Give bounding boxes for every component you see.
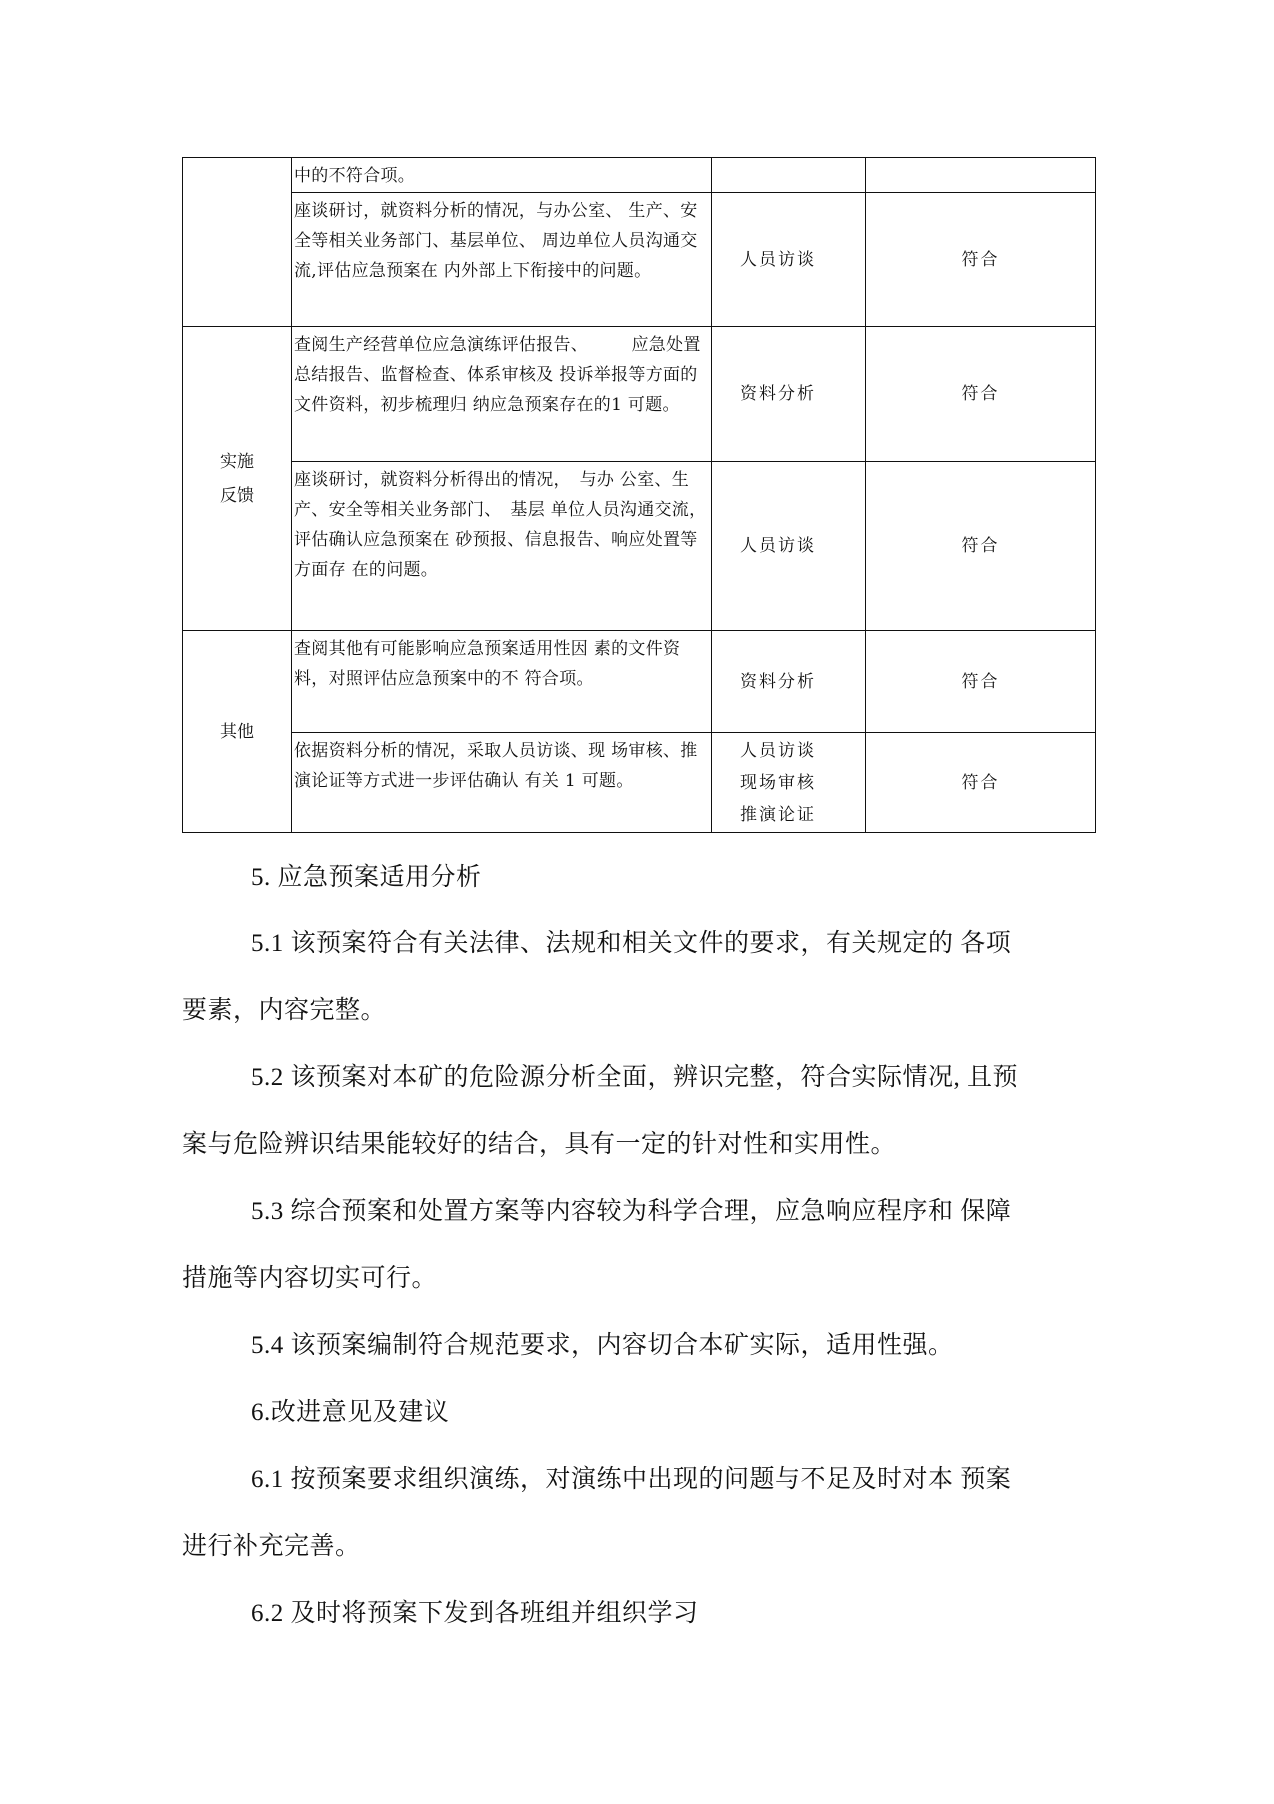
content-cell: 查阅生产经营单位应急演练评估报告、 应急处置总结报告、监督检查、体系审核及 投诉… [292,327,712,462]
result-cell: 符合 [866,193,1096,327]
category-cell-continued [183,158,292,327]
content-cell: 座谈研讨，就资料分析的情况，与办公室、 生产、安全等相关业务部门、基层单位、 周… [292,193,712,327]
paragraph-5-3-cont: 措施等内容切实可行。 [182,1258,437,1294]
method-label: 人员访谈 [740,735,865,767]
method-cell: 资料分析 [712,327,866,462]
content-cell: 中的不符合项。 [292,158,712,193]
method-cell: 人员访谈 [712,462,866,631]
paragraph-5-2: 5.2 该预案对本矿的危险源分析全面，辨识完整，符合实际情况, 且预 [251,1057,1018,1093]
table-row: 其他 查阅其他有可能影响应急预案适用性因 素的文件资料，对照评估应急预案中的不 … [183,631,1096,733]
method-cell: 资料分析 [712,631,866,733]
section-heading-6: 6.改进意见及建议 [251,1392,449,1428]
result-cell [866,158,1096,193]
paragraph-5-1-cont: 要素，内容完整。 [182,990,386,1026]
method-label: 人员访谈 [740,530,865,562]
category-cell-implementation-feedback: 实施 反馈 [183,327,292,631]
method-cell: 人员访谈 [712,193,866,327]
content-cell: 依据资料分析的情况，采取人员访谈、现 场审核、推演论证等方式进一步评估确认 有关… [292,733,712,833]
table-row: 中的不符合项。 [183,158,1096,193]
method-label: 推演论证 [740,799,865,831]
paragraph-5-3: 5.3 综合预案和处置方案等内容较为科学合理，应急响应程序和 保障 [251,1191,1011,1227]
paragraph-6-1-cont: 进行补充完善。 [182,1526,361,1562]
paragraph-6-2: 6.2 及时将预案下发到各班组并组织学习 [251,1593,699,1629]
evaluation-table: 中的不符合项。 座谈研讨，就资料分析的情况，与办公室、 生产、安全等相关业务部门… [182,157,1096,833]
method-label: 人员访谈 [740,244,865,276]
category-label-line1: 实施 [183,445,291,479]
table-row: 座谈研讨，就资料分析的情况，与办公室、 生产、安全等相关业务部门、基层单位、 周… [183,193,1096,327]
content-cell: 座谈研讨，就资料分析得出的情况， 与办 公室、生产、安全等相关业务部门、 基层 … [292,462,712,631]
category-cell-other: 其他 [183,631,292,833]
result-cell: 符合 [866,327,1096,462]
result-cell: 符合 [866,462,1096,631]
result-cell: 符合 [866,733,1096,833]
method-label: 资料分析 [740,666,865,698]
table-row: 实施 反馈 查阅生产经营单位应急演练评估报告、 应急处置总结报告、监督检查、体系… [183,327,1096,462]
paragraph-6-1: 6.1 按预案要求组织演练，对演练中出现的问题与不足及时对本 预案 [251,1459,1011,1495]
table-row: 依据资料分析的情况，采取人员访谈、现 场审核、推演论证等方式进一步评估确认 有关… [183,733,1096,833]
paragraph-5-1: 5.1 该预案符合有关法律、法规和相关文件的要求，有关规定的 各项 [251,923,1011,959]
method-cell [712,158,866,193]
table-row: 座谈研讨，就资料分析得出的情况， 与办 公室、生产、安全等相关业务部门、 基层 … [183,462,1096,631]
method-label: 资料分析 [740,378,865,410]
category-label-line2: 反馈 [183,479,291,513]
document-page: 中的不符合项。 座谈研讨，就资料分析的情况，与办公室、 生产、安全等相关业务部门… [0,0,1274,1804]
content-cell: 查阅其他有可能影响应急预案适用性因 素的文件资料，对照评估应急预案中的不 符合项… [292,631,712,733]
paragraph-5-4: 5.4 该预案编制符合规范要求，内容切合本矿实际，适用性强。 [251,1325,954,1361]
result-cell: 符合 [866,631,1096,733]
method-cell: 人员访谈 现场审核 推演论证 [712,733,866,833]
category-label: 其他 [183,715,291,749]
method-label: 现场审核 [740,767,865,799]
paragraph-5-2-cont: 案与危险辨识结果能较好的结合，具有一定的针对性和实用性。 [182,1124,896,1160]
section-heading-5: 5. 应急预案适用分析 [251,857,482,893]
